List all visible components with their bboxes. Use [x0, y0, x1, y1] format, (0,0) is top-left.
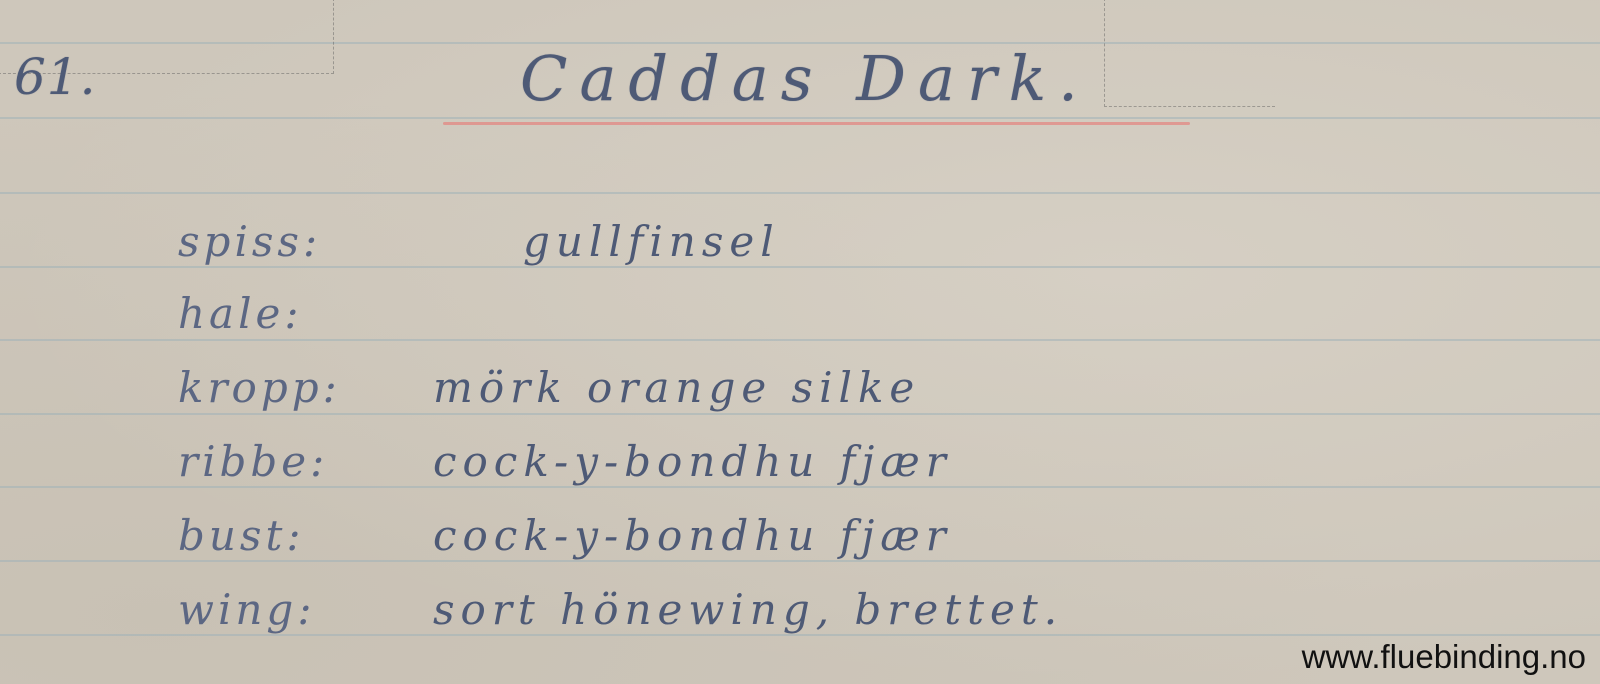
- page-title: Caddas Dark.: [520, 42, 1090, 115]
- recipe-row-kropp: kropp: mörk orange silke: [178, 346, 1478, 416]
- ruled-line: [0, 117, 1600, 119]
- recipe-value: mörk orange silke: [433, 363, 920, 412]
- recipe-value: cock-y-bondhu fjær: [433, 437, 952, 486]
- recipe-value: cock-y-bondhu fjær: [433, 511, 952, 560]
- recipe-label: spiss:: [178, 217, 321, 266]
- recipe-row-bust: bust: cock-y-bondhu fjær: [178, 494, 1478, 564]
- site-watermark: www.fluebinding.no: [1302, 638, 1586, 676]
- recipe-label: wing:: [178, 585, 315, 634]
- recipe-row-wing: wing: sort hönewing, brettet.: [178, 568, 1478, 638]
- recipe-value: sort hönewing, brettet.: [433, 585, 1063, 634]
- recipe-value: gullfinsel: [523, 217, 780, 266]
- recipe-label: hale:: [178, 289, 303, 338]
- recipe-label: kropp:: [178, 363, 341, 412]
- recipe-row-spiss: spiss: gullfinsel: [178, 200, 1478, 270]
- ruled-line: [0, 192, 1600, 194]
- paste-outline-right: [1104, 0, 1275, 107]
- title-underline: [443, 122, 1190, 125]
- recipe-label: bust:: [178, 511, 305, 560]
- recipe-row-ribbe: ribbe: cock-y-bondhu fjær: [178, 420, 1478, 490]
- recipe-label: ribbe:: [178, 437, 328, 486]
- recipe-row-hale: hale:: [178, 272, 1478, 342]
- entry-number: 61.: [14, 48, 97, 106]
